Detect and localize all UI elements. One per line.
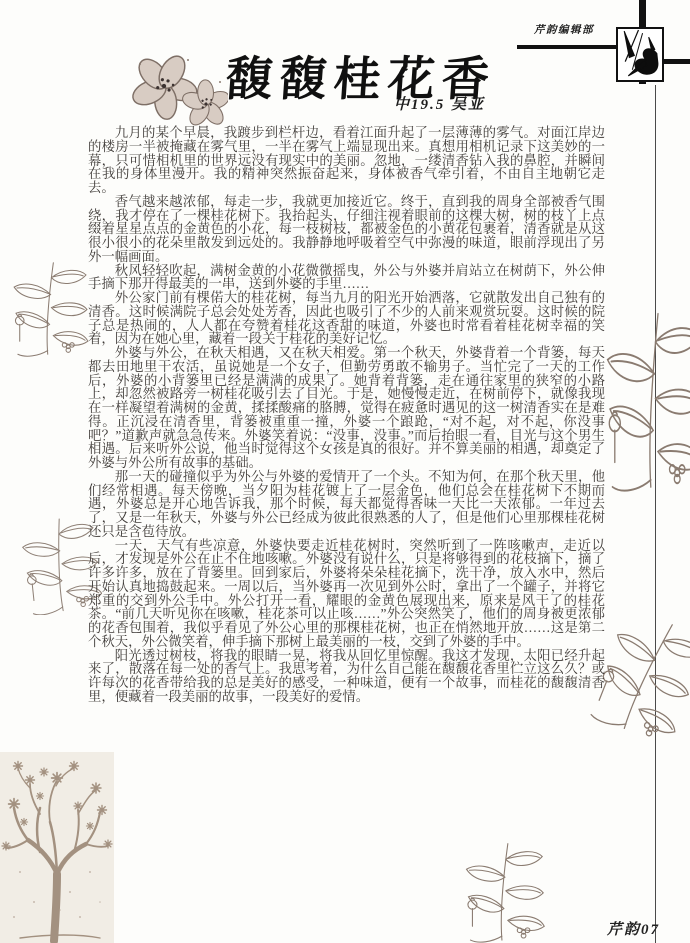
paragraph: 外公家门前有棵偌大的桂花树，每当九月的阳光开始洒落，它就散发出自己独有的清香。这… <box>88 291 605 346</box>
tree-blossoms <box>2 762 112 851</box>
paragraph: 九月的某个早晨，我踱步到栏杆边，看着江面升起了一层薄薄的雾气。对面江岸边的楼房一… <box>88 126 605 195</box>
paragraph: 一天，天气有些凉意，外婆快要走近桂花树时，突然听到了一阵咳嗽声，走近以后，才发现… <box>88 539 605 649</box>
author-byline: 中19.5 吴亚 <box>394 93 485 114</box>
masthead-rule-right <box>662 59 690 64</box>
osmanthus-branch-icon <box>448 826 548 943</box>
magazine-page: 芹韵编辑部 馥馥桂花香 中19.5 吴亚 九月的某个早晨，我踱步到栏杆边，看着江… <box>0 0 690 943</box>
page-edge-rule <box>655 85 656 943</box>
plum-blossom-icon <box>128 52 228 130</box>
bamboo-emblem-box <box>616 27 664 82</box>
page-number-label: 芹韵07 <box>607 918 660 939</box>
paragraph: 香气越来越浓郁，每走一步，我就更加接近它。终于，直到我的周身全部被香气围绕，我才… <box>88 195 605 264</box>
masthead-rule-left <box>517 45 620 49</box>
bamboo-icon <box>618 29 662 80</box>
paragraph: 阳光透过树枝，将我的眼睛一晃，将我从回忆里惊醒。我这才发现，太阳已经升起来了，散… <box>88 649 605 704</box>
article-body: 九月的某个早晨，我踱步到栏杆边，看着江面升起了一层薄薄的雾气。对面江岸边的楼房一… <box>88 126 605 704</box>
osmanthus-branch-icon <box>0 246 92 358</box>
masthead-label: 芹韵编辑部 <box>534 22 594 37</box>
blossom-tree-icon <box>0 752 114 943</box>
paragraph: 那一天的碰撞似乎为外公与外婆的爱情开了一个头。不知为何，在那个秋天里，他们经常相… <box>88 470 605 539</box>
paragraph: 秋风轻轻吹起，满树金黄的小花微微摇曳，外公与外婆并肩站立在树荫下，外公伸手摘下那… <box>88 264 605 292</box>
paragraph: 外婆与外公，在秋天相遇，又在秋天相爱。第一个秋天，外婆背着一个背篓，每天都去田地… <box>88 346 605 470</box>
